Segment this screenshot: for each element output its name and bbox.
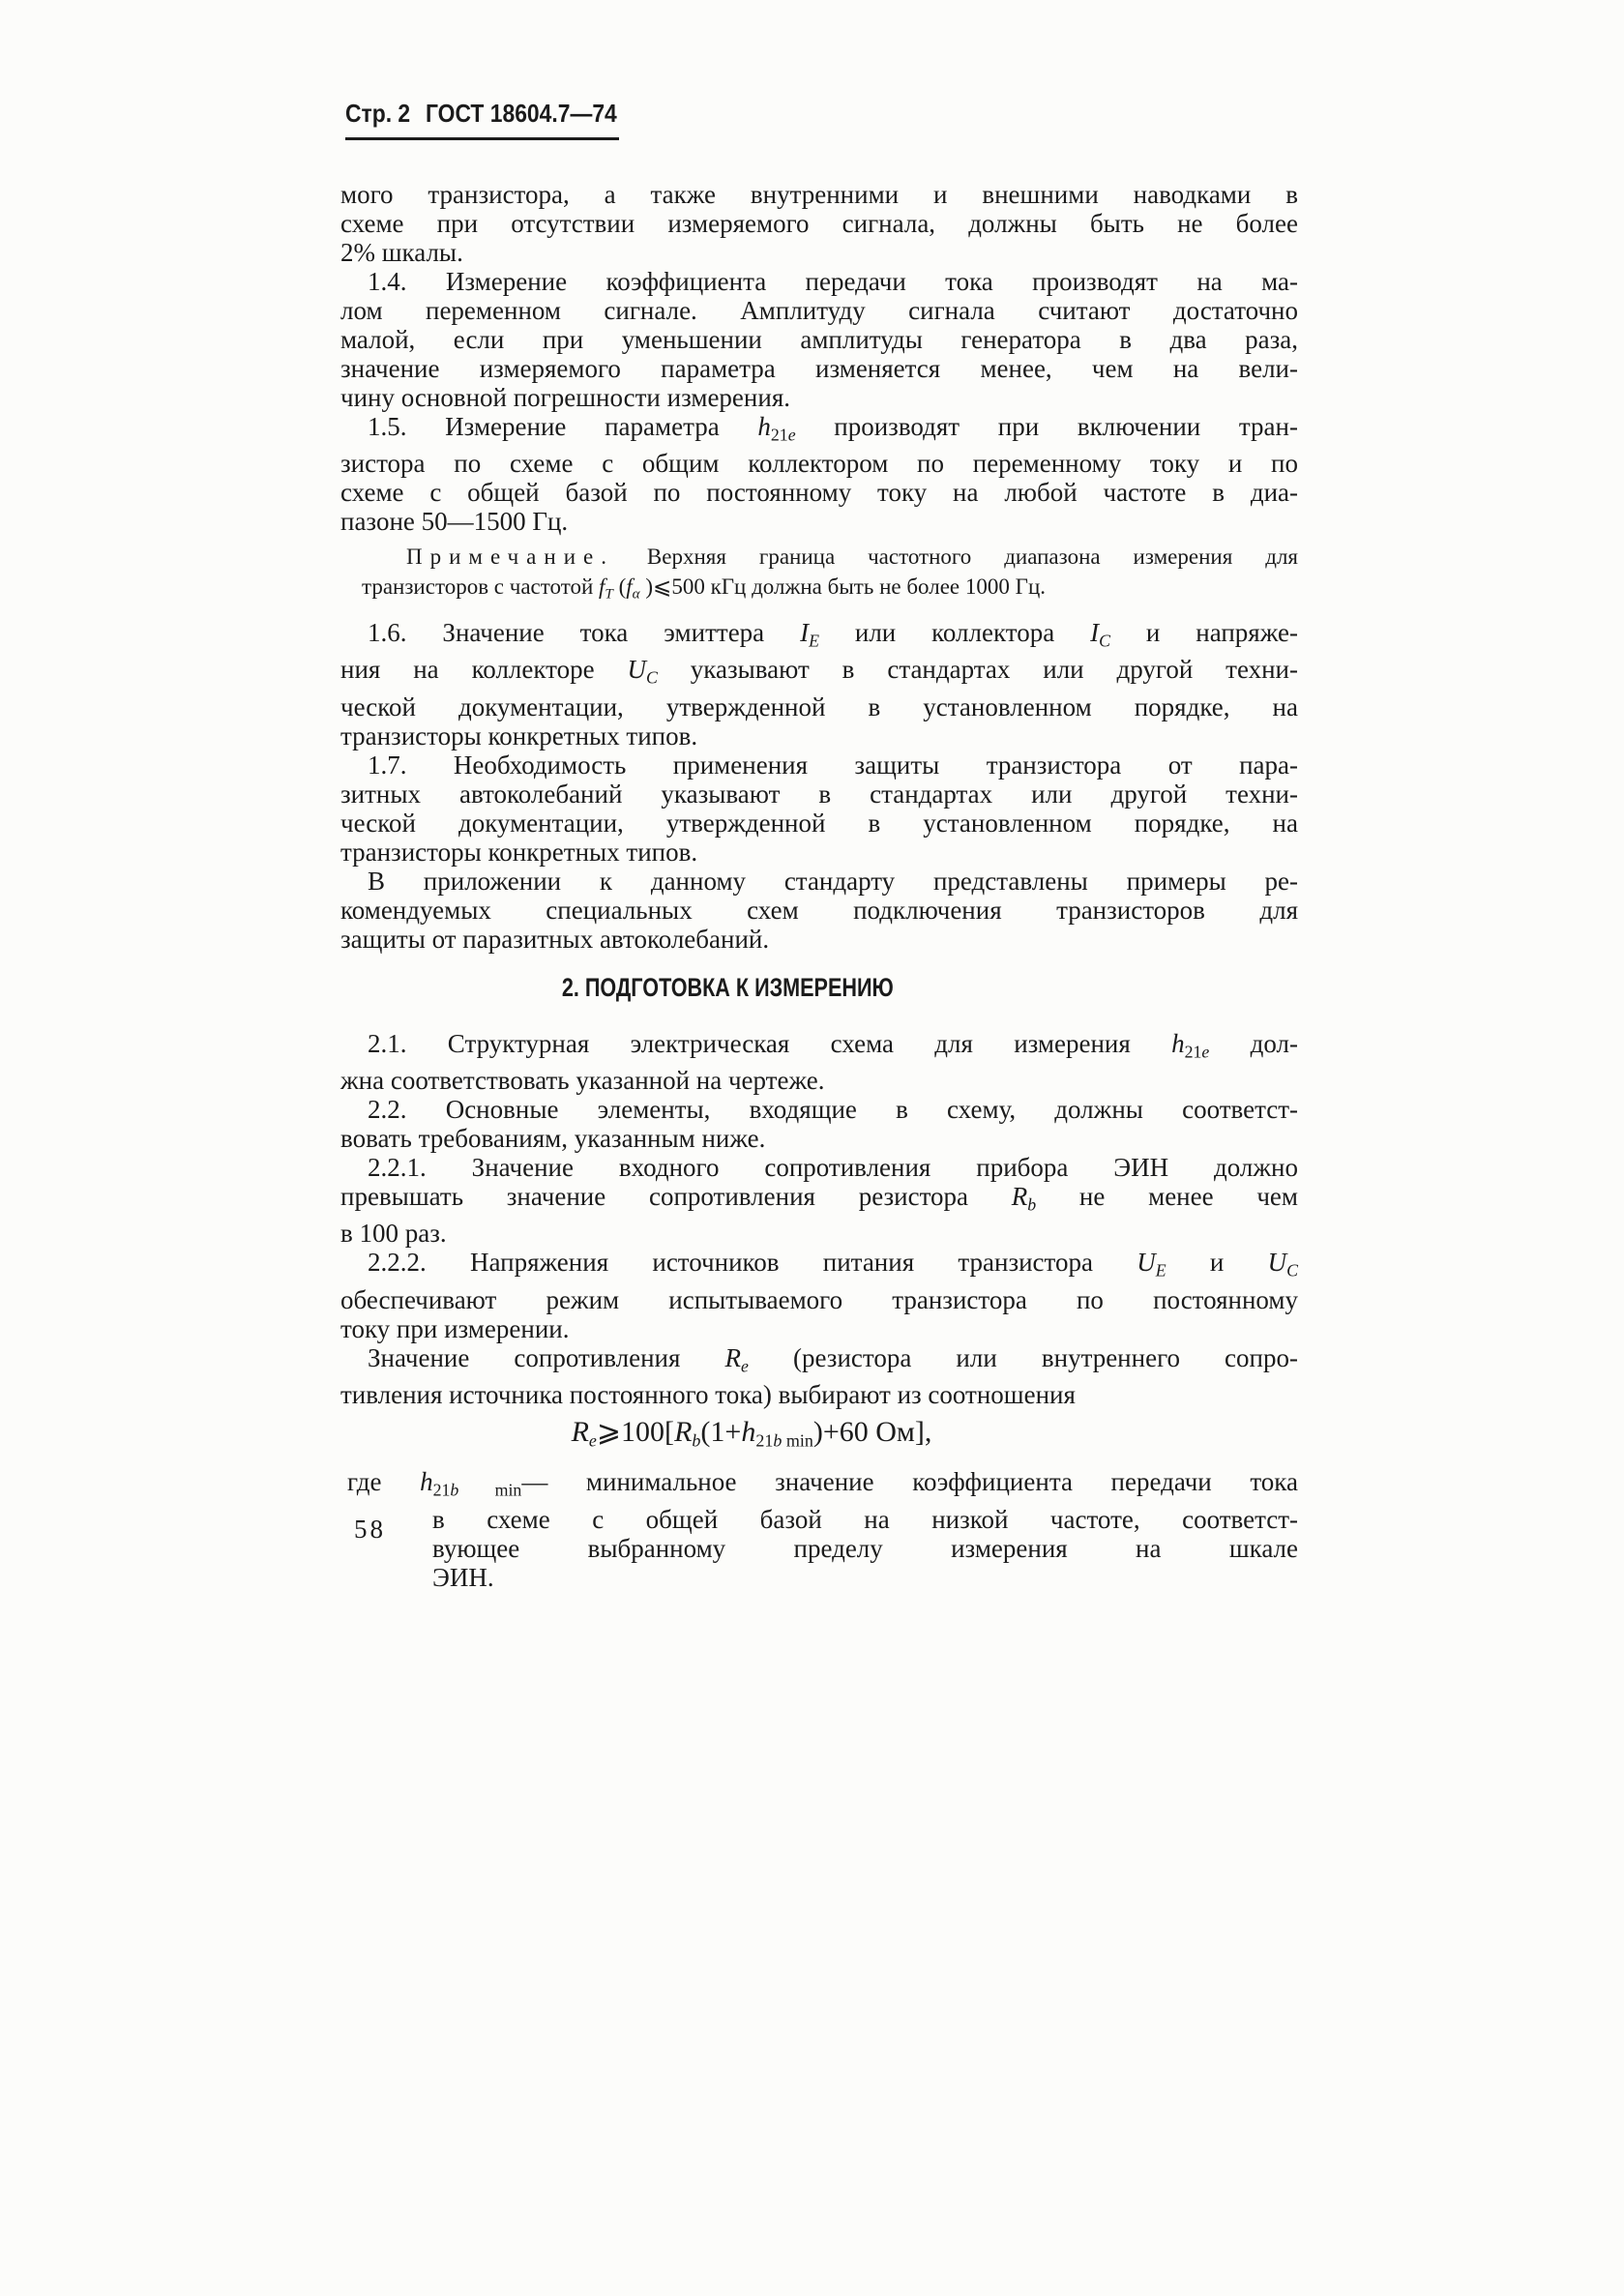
text-line: ния на коллекторе UC указывают в стандар…: [340, 655, 1298, 692]
page-header: Стр. 2ГОСТ 18604.7—74: [345, 99, 654, 140]
text-line: в 100 раз.: [340, 1219, 1298, 1248]
section-heading-text: 2. ПОДГОТОВКА К ИЗМЕРЕНИЮ: [562, 973, 894, 1002]
text-run: 2% шкалы.: [340, 238, 463, 267]
text-line: зистора по схеме с общим коллектором по …: [340, 449, 1298, 478]
math-var: h: [757, 412, 771, 441]
header-doc-number: ГОСТ 18604.7—74: [426, 99, 617, 128]
text-line: 2.1. Структурная электрическая схема для…: [340, 1029, 1298, 1066]
text-line: схеме при отсутствии измеряемого сигнала…: [340, 209, 1298, 238]
text-run: превышать значение сопротивления резисто…: [340, 1182, 1012, 1211]
math-var: R: [1012, 1182, 1028, 1211]
text-run: в схеме с общей базой на низкой частоте,…: [432, 1505, 1298, 1534]
text-run: транзисторов с частотой: [362, 574, 599, 599]
text-run: — минимальное значение коэффициента пере…: [521, 1467, 1298, 1496]
text-line: ческой документации, утвержденной в уста…: [340, 809, 1298, 838]
document-body: мого транзистора, а также внутренними и …: [340, 180, 1298, 1592]
text-run: ческой документации, утвержденной в уста…: [340, 809, 1298, 838]
text-line: комендуемых специальных схем подключения…: [340, 896, 1298, 925]
text-run: транзисторы конкретных типов.: [340, 721, 697, 751]
header-rule: [345, 137, 619, 140]
definition: где h21b min— минимальное значение коэфф…: [340, 1467, 1298, 1591]
math-var: U: [1268, 1248, 1287, 1277]
header-page-label: Стр. 2: [345, 99, 410, 128]
text-line: схеме с общей базой по постоянному току …: [340, 478, 1298, 507]
text-run: ния на коллекторе: [340, 655, 627, 684]
text-line: лом переменном сигнале. Амплитуду сигнал…: [340, 296, 1298, 325]
text-line: 1.7. Необходимость применения защиты тра…: [340, 751, 1298, 780]
text-run: защиты от паразитных автоколебаний.: [340, 925, 769, 954]
text-line: в схеме с общей базой на низкой частоте,…: [432, 1505, 1298, 1534]
text-run: 1.4. Измерение коэффициента передачи ток…: [368, 267, 1298, 296]
text-run: комендуемых специальных схем подключения…: [340, 896, 1298, 925]
text-line: обеспечивают режим испытываемого транзис…: [340, 1285, 1298, 1314]
paragraph: 2.2.2. Напряжения источников питания тра…: [340, 1248, 1298, 1342]
text-run: ческой документации, утвержденной в уста…: [340, 692, 1298, 721]
paragraph: 2.1. Структурная электрическая схема для…: [340, 1029, 1298, 1095]
subscript-run: C: [646, 668, 658, 688]
subscript-run: E: [809, 631, 819, 650]
text-run: В приложении к данному стандарту предста…: [368, 867, 1298, 896]
text-run: току при измерении.: [340, 1314, 569, 1343]
subscript-run: b: [773, 1430, 782, 1450]
text-line: току при измерении.: [340, 1314, 1298, 1343]
text-line: чину основной погрешности измерения.: [340, 383, 1298, 412]
text-run: вующее выбранному пределу измерения на ш…: [432, 1534, 1298, 1563]
text-run: пазоне 50—1500 Гц.: [340, 507, 568, 536]
math-var: R: [674, 1416, 692, 1448]
subscript-run: e: [741, 1356, 749, 1375]
math-var: U: [1137, 1248, 1156, 1277]
text-run: (1+: [700, 1416, 741, 1448]
page-header-text: Стр. 2ГОСТ 18604.7—74: [345, 99, 617, 129]
text-line: превышать значение сопротивления резисто…: [340, 1182, 1298, 1219]
text-line: где h21b min— минимальное значение коэфф…: [432, 1467, 1298, 1504]
math-var: R: [725, 1343, 742, 1372]
subscript-run: E: [1156, 1261, 1166, 1280]
text-run: транзисторы конкретных типов.: [340, 838, 697, 867]
text-run: 2.2.2. Напряжения источников питания тра…: [368, 1248, 1137, 1277]
text-run: схеме с общей базой по постоянному току …: [340, 478, 1298, 507]
note-paragraph: Примечание. Верхняя граница частотного д…: [362, 542, 1298, 609]
text-line: 1.4. Измерение коэффициента передачи ток…: [340, 267, 1298, 296]
text-line: жна соответствовать указанной на чертеже…: [340, 1066, 1298, 1095]
document-page: Стр. 2ГОСТ 18604.7—74 мого транзистора, …: [0, 0, 1624, 2296]
formula: Re⩾100[Rb(1+h21b min)+60 Ом],: [340, 1413, 1298, 1459]
text-run: 1.6. Значение тока эмиттера: [368, 618, 800, 647]
text-run: вовать требованиям, указанным ниже.: [340, 1124, 765, 1153]
text-run: не менее чем: [1036, 1182, 1298, 1211]
math-var: U: [627, 655, 646, 684]
text-line: 2.2.1. Значение входного сопротивления п…: [340, 1153, 1298, 1182]
subscript-run: α: [633, 586, 640, 603]
text-line: 2% шкалы.: [340, 238, 1298, 267]
math-var: R: [572, 1416, 589, 1448]
text-run: значение измеряемого параметра изменяетс…: [340, 354, 1298, 383]
text-line: зитных автоколебаний указывают в стандар…: [340, 780, 1298, 809]
text-run: и напряже-: [1110, 618, 1298, 647]
text-line: транзисторы конкретных типов.: [340, 838, 1298, 867]
text-run: 1.5. Измерение параметра: [368, 412, 757, 441]
text-line: транзисторов с частотой fT (fα )⩽500 кГц…: [362, 572, 1298, 609]
subscript-run: C: [1286, 1261, 1298, 1280]
text-run: и: [1166, 1248, 1268, 1277]
text-run: указывают в стандартах или другой техни-: [658, 655, 1298, 684]
section-heading: 2. ПОДГОТОВКА К ИЗМЕРЕНИЮ: [340, 973, 1298, 1002]
text-run: производят при включении тран-: [796, 412, 1298, 441]
paragraph: 1.4. Измерение коэффициента передачи ток…: [340, 267, 1298, 412]
math-var: I: [1090, 618, 1099, 647]
text-line: Значение сопротивления Re (резистора или…: [340, 1343, 1298, 1380]
paragraph: 2.2. Основные элементы, входящие в схему…: [340, 1095, 1298, 1153]
subscript-run: b: [450, 1481, 458, 1500]
math-var: h: [1171, 1029, 1185, 1058]
text-line: 1.6. Значение тока эмиттера IE или колле…: [340, 618, 1298, 655]
text-line: мого транзистора, а также внутренними и …: [340, 180, 1298, 209]
text-run: жна соответствовать указанной на чертеже…: [340, 1066, 825, 1095]
text-run: в 100 раз.: [340, 1219, 447, 1248]
text-run: малой, если при уменьшении амплитуды ген…: [340, 325, 1298, 354]
paragraph: В приложении к данному стандарту предста…: [340, 867, 1298, 954]
text-run: обеспечивают режим испытываемого транзис…: [340, 1285, 1298, 1314]
text-run: где: [347, 1467, 420, 1496]
text-line: вовать требованиям, указанным ниже.: [340, 1124, 1298, 1153]
text-run: чину основной погрешности измерения.: [340, 383, 790, 412]
text-line: пазоне 50—1500 Гц.: [340, 507, 1298, 536]
subscript-run: b: [1027, 1194, 1036, 1214]
text-line: ческой документации, утвержденной в уста…: [340, 692, 1298, 721]
math-var: I: [800, 618, 809, 647]
paragraph: 2.2.1. Значение входного сопротивления п…: [340, 1153, 1298, 1248]
text-line: значение измеряемого параметра изменяетс…: [340, 354, 1298, 383]
text-run: (: [613, 574, 626, 599]
text-run: мого транзистора, а также внутренними и …: [340, 180, 1298, 209]
text-line: вующее выбранному пределу измерения на ш…: [432, 1534, 1298, 1563]
text-line: 1.5. Измерение параметра h21e производят…: [340, 412, 1298, 449]
math-var: h: [741, 1416, 755, 1448]
subscript-run: e: [788, 425, 796, 444]
paragraph: 1.7. Необходимость применения защиты тра…: [340, 751, 1298, 867]
text-run: Верхняя граница частотного диапазона изм…: [614, 545, 1298, 569]
paragraph: 1.6. Значение тока эмиттера IE или колле…: [340, 618, 1298, 751]
paragraph: мого транзистора, а также внутренними и …: [340, 180, 1298, 267]
text-line: транзисторы конкретных типов.: [340, 721, 1298, 751]
text-line: В приложении к данному стандарту предста…: [340, 867, 1298, 896]
math-var: h: [420, 1467, 433, 1496]
subscript-run: min: [782, 1430, 813, 1450]
paragraph: Значение сопротивления Re (резистора или…: [340, 1343, 1298, 1409]
paragraph: 1.5. Измерение параметра h21e производят…: [340, 412, 1298, 536]
text-line: тивления источника постоянного тока) выб…: [340, 1380, 1298, 1409]
text-run: Примечание.: [406, 545, 614, 569]
text-run: )⩽500 кГц должна быть не более 1000 Гц.: [640, 574, 1046, 599]
subscript-run: 21: [433, 1481, 451, 1500]
text-run: лом переменном сигнале. Амплитуду сигнал…: [340, 296, 1298, 325]
text-run: Значение сопротивления: [368, 1343, 725, 1372]
text-run: дол-: [1209, 1029, 1298, 1058]
text-run: 2.2.1. Значение входного сопротивления п…: [368, 1153, 1298, 1182]
text-line: 2.2.2. Напряжения источников питания тра…: [340, 1248, 1298, 1284]
text-line: Примечание. Верхняя граница частотного д…: [362, 542, 1298, 572]
text-line: защиты от паразитных автоколебаний.: [340, 925, 1298, 954]
text-run: схеме при отсутствии измеряемого сигнала…: [340, 209, 1298, 238]
text-run: 2.1. Структурная электрическая схема для…: [368, 1029, 1171, 1058]
subscript-run: 21: [1185, 1042, 1202, 1061]
text-line: ЭИН.: [432, 1563, 1298, 1592]
subscript-run: 21: [755, 1430, 773, 1450]
text-line: 2.2. Основные элементы, входящие в схему…: [340, 1095, 1298, 1124]
subscript-run: 21: [771, 425, 788, 444]
subscript-run: T: [605, 586, 612, 603]
text-run: зистора по схеме с общим коллектором по …: [340, 449, 1298, 478]
subscript-run: C: [1099, 631, 1110, 650]
text-run: ⩾100[: [597, 1416, 674, 1448]
text-run: 1.7. Необходимость применения защиты тра…: [368, 751, 1298, 780]
text-run: тивления источника постоянного тока) выб…: [340, 1380, 1076, 1409]
subscript-run: e: [589, 1430, 597, 1450]
text-run: или коллектора: [819, 618, 1090, 647]
text-line: малой, если при уменьшении амплитуды ген…: [340, 325, 1298, 354]
text-run: зитных автоколебаний указывают в стандар…: [340, 780, 1298, 809]
text-run: (резистора или внутреннего сопро-: [749, 1343, 1298, 1372]
text-run: 2.2. Основные элементы, входящие в схему…: [368, 1095, 1298, 1124]
subscript-run: min: [458, 1481, 521, 1500]
text-run: ЭИН.: [432, 1563, 494, 1592]
page-number: 58: [354, 1515, 386, 1545]
text-run: )+60 Ом],: [813, 1416, 932, 1448]
